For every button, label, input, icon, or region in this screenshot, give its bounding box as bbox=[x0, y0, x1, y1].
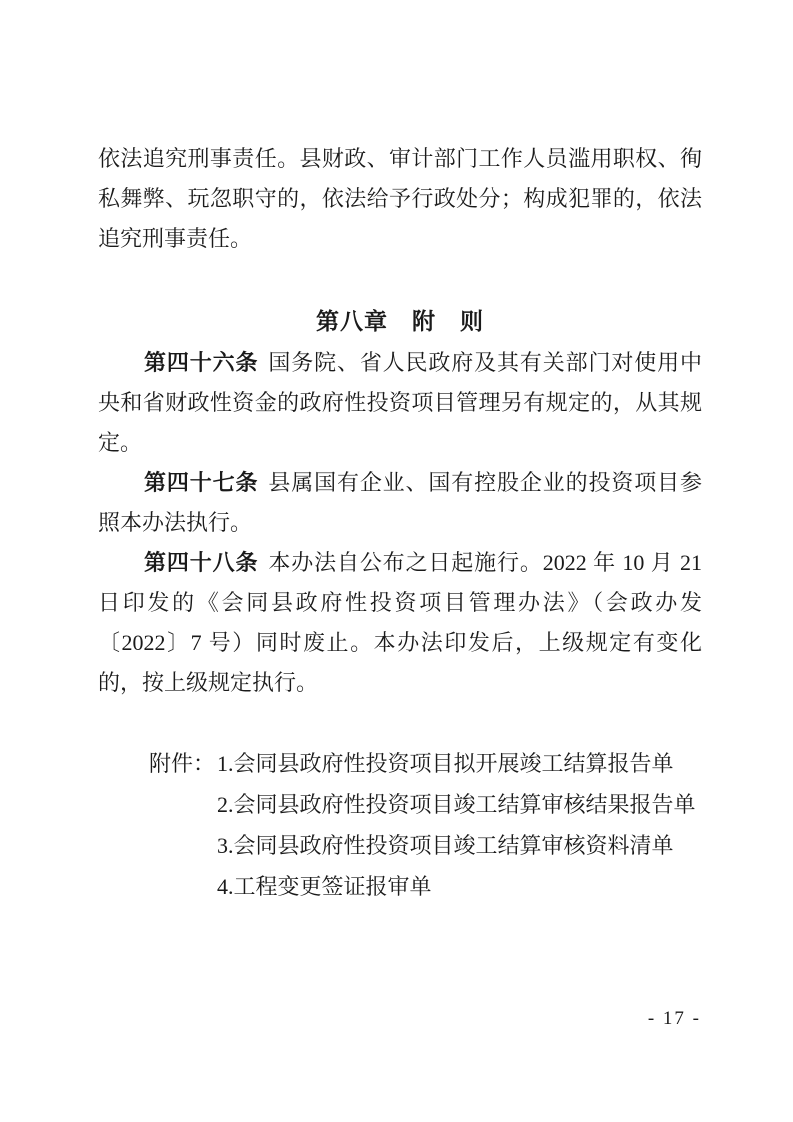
chapter-heading: 第八章 附 则 bbox=[98, 301, 702, 341]
attachments-label: 附件： bbox=[149, 743, 215, 784]
attachment-item-1: 1.会同县政府性投资项目拟开展竣工结算报告单 bbox=[217, 743, 696, 784]
article-paragraph-46: 第四十六条国务院、省人民政府及其有关部门对使用中央和省财政性资金的政府性投资项目… bbox=[98, 343, 702, 463]
attachments-list: 1.会同县政府性投资项目拟开展竣工结算报告单 2.会同县政府性投资项目竣工结算审… bbox=[217, 743, 696, 907]
attachments-block: 附件： 1.会同县政府性投资项目拟开展竣工结算报告单 2.会同县政府性投资项目竣… bbox=[98, 743, 702, 907]
article-48-label: 第四十八条 bbox=[144, 550, 258, 575]
article-46-label: 第四十六条 bbox=[144, 350, 258, 375]
attachment-item-3: 3.会同县政府性投资项目竣工结算审核资料清单 bbox=[217, 825, 696, 866]
article-paragraph-48: 第四十八条本办法自公布之日起施行。2022 年 10 月 21 日印发的《会同县… bbox=[98, 543, 702, 703]
page-number: - 17 - bbox=[648, 1008, 701, 1030]
attachment-item-4: 4.工程变更签证报审单 bbox=[217, 866, 696, 907]
document-body: 依法追究刑事责任。县财政、审计部门工作人员滥用职权、徇私舞弊、玩忽职守的，依法给… bbox=[98, 139, 702, 907]
continuation-paragraph: 依法追究刑事责任。县财政、审计部门工作人员滥用职权、徇私舞弊、玩忽职守的，依法给… bbox=[98, 139, 702, 259]
attachment-item-2: 2.会同县政府性投资项目竣工结算审核结果报告单 bbox=[217, 784, 696, 825]
article-47-label: 第四十七条 bbox=[144, 470, 258, 495]
document-page: 依法追究刑事责任。县财政、审计部门工作人员滥用职权、徇私舞弊、玩忽职守的，依法给… bbox=[0, 0, 793, 1122]
article-paragraph-47: 第四十七条县属国有企业、国有控股企业的投资项目参照本办法执行。 bbox=[98, 463, 702, 543]
